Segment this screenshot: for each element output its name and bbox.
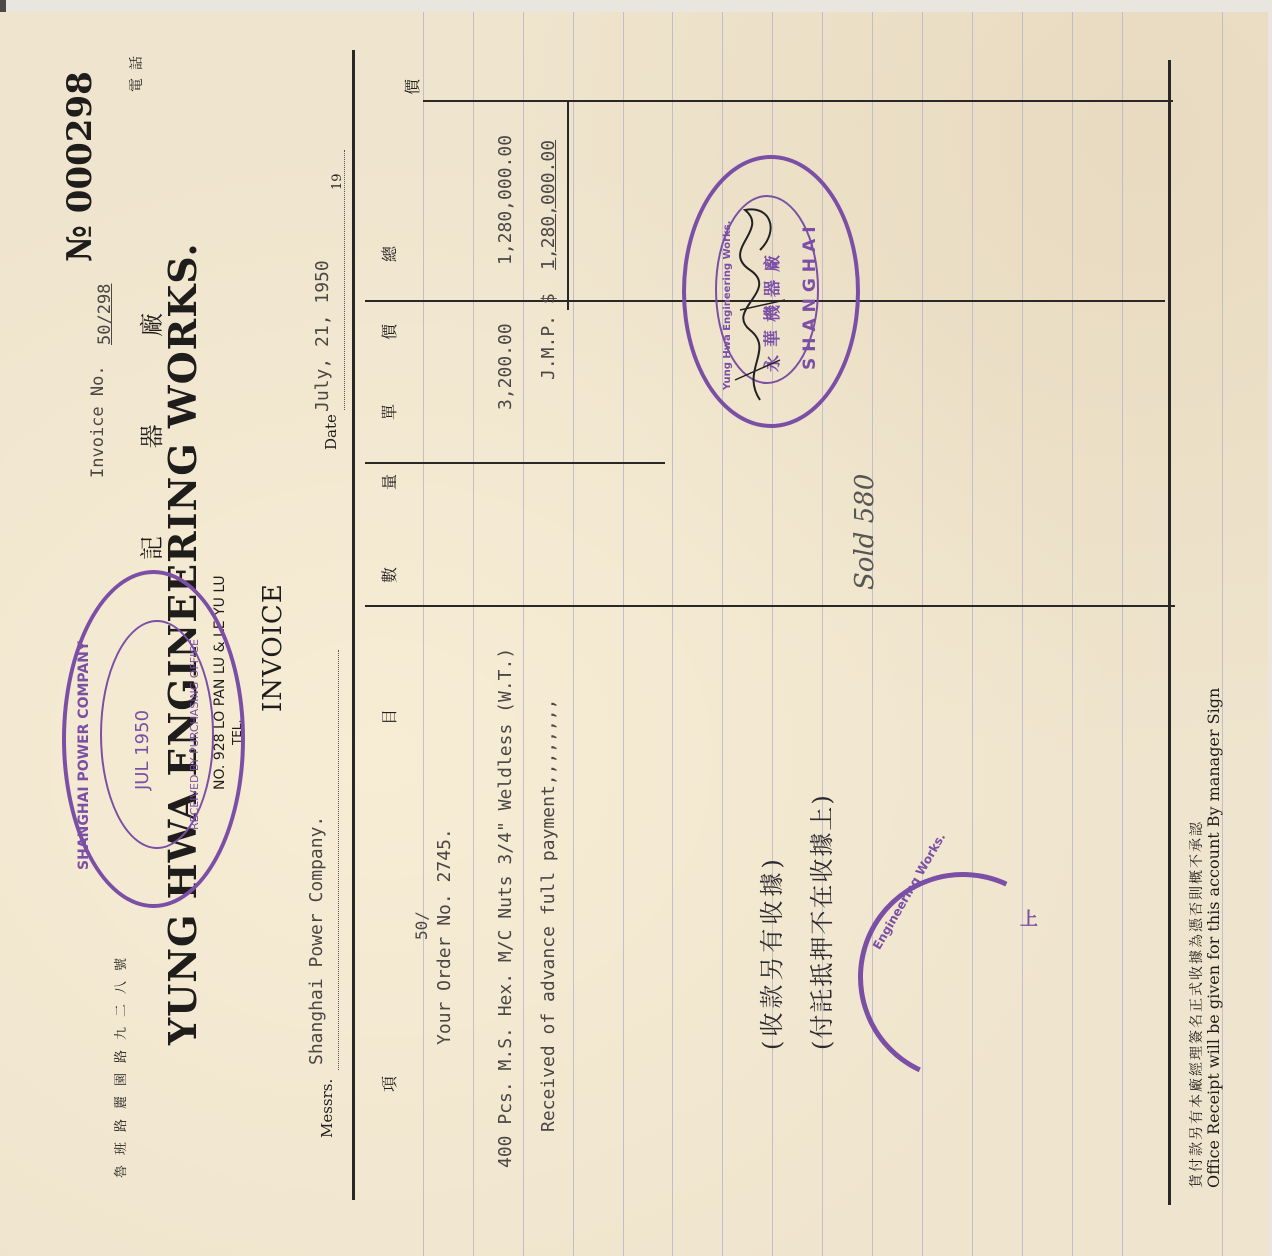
date-suffix: 19 (330, 173, 345, 190)
grand-total: 1,280,000.00 (538, 140, 559, 270)
footer-en: Office Receipt will be given for this ac… (1204, 688, 1223, 1188)
ruled-line (872, 12, 873, 1256)
header-unit-price-2: 價 (377, 324, 400, 340)
received-stamp-outer-text: SHANGHAI POWER COMPANY (76, 641, 92, 870)
document-title: INVOICE (258, 583, 288, 712)
number-prefix: № (60, 225, 100, 262)
ruled-line (1122, 12, 1123, 1256)
line-item-unit-price: 3,200.00 (495, 323, 516, 410)
ruled-line (573, 12, 574, 1256)
messrs-value: Shanghai Power Company. (306, 816, 327, 1065)
company-seal-bottom-text: SHANGHAI (800, 220, 820, 370)
messrs-dotted-line (338, 650, 339, 1070)
footer-cn: 貨付款另有本廠經理簽名正式收據為憑否則概不承認 (1186, 820, 1206, 1188)
table-left-border (352, 50, 355, 1200)
address-cn: 魯班路麗園路九二八號 (110, 948, 129, 1178)
total-underline (567, 100, 569, 310)
received-stamp-date: JUL 1950 (132, 710, 153, 790)
header-total-2: 價 (400, 79, 423, 95)
order-item: Your Order No. 2745. (434, 828, 455, 1045)
header-item-2: 目 (377, 709, 400, 725)
table-right-border (1168, 60, 1171, 1205)
ruled-line (523, 12, 524, 1256)
invoice-serial: № 000298 (60, 71, 100, 262)
invoice-no-value: 50/298 (95, 284, 115, 345)
handwritten-note-line2: (付託抵押不在收據上) (802, 793, 837, 1050)
header-total-1: 總 (377, 246, 400, 262)
date-label: Date (322, 414, 340, 450)
messrs-label: Messrs. (318, 1079, 336, 1138)
phone-label: 電話 (126, 48, 146, 92)
order-prefix-handwritten: 50/ (412, 911, 431, 940)
header-qty-2: 量 (377, 474, 400, 490)
date-value: July, 21, 1950 (312, 260, 333, 412)
invoice-no-label: Invoice No. (88, 365, 108, 478)
ruled-line (623, 12, 624, 1256)
partial-seal-marker: 上 (1020, 905, 1038, 931)
line-item-description: 400 Pcs. M.S. Hex. M/C Nuts 3/4" Weldles… (495, 648, 516, 1168)
column-divider-item (365, 605, 1175, 607)
column-divider-total (423, 100, 1173, 102)
serial-number: 000298 (60, 71, 100, 213)
column-divider-qty (365, 462, 665, 464)
payment-row-description: Received of advance full payment,,,,,,,, (538, 699, 559, 1132)
header-item-1: 項 (377, 1076, 400, 1092)
date-dotted-line (344, 150, 345, 410)
received-stamp-inner-text: RECEIVED BY PURCHASING OFFICE (188, 639, 201, 830)
handwritten-note-line1: (收款另有收據) (752, 855, 787, 1050)
ruled-line (423, 12, 424, 1256)
manager-signature (720, 190, 800, 410)
margin-handwritten-note: Sold 580 (850, 474, 880, 590)
ruled-line (473, 12, 474, 1256)
header-unit-price-1: 單 (377, 404, 400, 420)
line-item-total: 1,280,000.00 (495, 135, 516, 265)
order-row: Your Order No. 2745. (434, 828, 455, 1045)
payment-row-currency: J.M.P. $ (538, 293, 559, 380)
ruled-line (672, 12, 673, 1256)
ruled-line (1022, 12, 1023, 1256)
header-qty-1: 數 (377, 567, 400, 583)
ruled-line (1072, 12, 1073, 1256)
